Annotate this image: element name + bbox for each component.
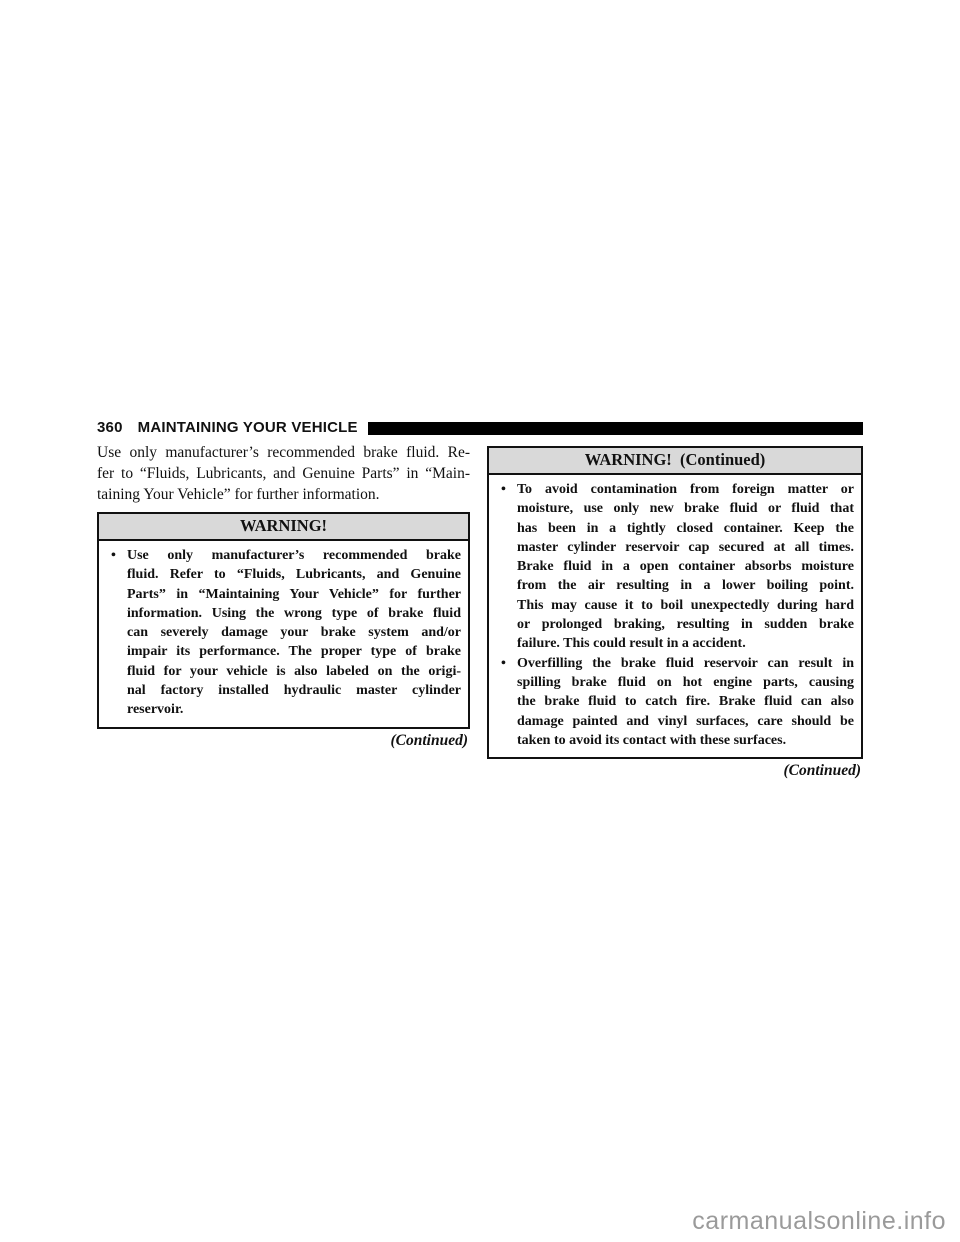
text-line: or prolonged braking, resulting in sudde… — [517, 615, 854, 634]
warning-title-right: WARNING! (Continued) — [489, 448, 861, 475]
manual-page: 360 MAINTAINING YOUR VEHICLE Use only ma… — [0, 0, 960, 1242]
warning-body-right: •To avoid contamination from foreign mat… — [489, 475, 861, 757]
text-line: Brake fluid in a open container absorbs … — [517, 557, 854, 576]
warning-title-left: WARNING! — [99, 514, 468, 541]
text-line: fluid for your vehicle is also labeled o… — [127, 662, 461, 681]
warning-body-left: •Use only manufacturer’s recommended bra… — [99, 541, 468, 727]
right-column: WARNING! (Continued) •To avoid contamina… — [487, 446, 863, 780]
text-line: has been in a tightly closed container. … — [517, 519, 854, 538]
text-line: impair its performance. The proper type … — [127, 642, 461, 661]
text-line: from the air resulting in a lower boilin… — [517, 576, 854, 595]
page-number: 360 — [97, 419, 123, 436]
text-line: the brake fluid to catch fire. Brake flu… — [517, 692, 854, 711]
text-line: nal factory installed hydraulic master c… — [127, 681, 461, 700]
watermark: carmanualsonline.info — [692, 1207, 946, 1236]
text-line: fer to “Fluids, Lubricants, and Genuine … — [97, 463, 470, 484]
left-column: Use only manufacturer’s recommended brak… — [97, 442, 470, 750]
warning-bullet-item: •Overfilling the brake fluid reservoir c… — [495, 654, 854, 750]
continued-label-right: (Continued) — [487, 762, 863, 780]
warning-bullet-item: •Use only manufacturer’s recommended bra… — [105, 546, 461, 720]
text-line: damage painted and vinyl surfaces, care … — [517, 712, 854, 731]
bullet-text: Use only manufacturer’s recommended brak… — [127, 546, 461, 720]
text-line: can severely damage your brake system an… — [127, 623, 461, 642]
bullet-icon: • — [111, 546, 116, 565]
bullet-icon: • — [501, 480, 506, 499]
text-line: failure. This could result in a accident… — [517, 634, 854, 653]
warning-box-left: WARNING! •Use only manufacturer’s recomm… — [97, 512, 470, 729]
bullet-text: Overfilling the brake fluid reservoir ca… — [517, 654, 854, 750]
text-line: Parts” in “Maintaining Your Vehicle” for… — [127, 585, 461, 604]
text-line: taining Your Vehicle” for further inform… — [97, 484, 470, 505]
header-bar — [368, 422, 863, 435]
continued-label-left: (Continued) — [97, 732, 470, 750]
text-line: Overfilling the brake fluid reservoir ca… — [517, 654, 854, 673]
page-header: 360 MAINTAINING YOUR VEHICLE — [97, 418, 863, 436]
text-line: spilling brake fluid on hot engine parts… — [517, 673, 854, 692]
text-line: Use only manufacturer’s recommended brak… — [97, 442, 470, 463]
text-line: moisture, use only new brake fluid or fl… — [517, 499, 854, 518]
text-line: master cylinder reservoir cap secured at… — [517, 538, 854, 557]
text-line: information. Using the wrong type of bra… — [127, 604, 461, 623]
text-line: reservoir. — [127, 700, 461, 719]
text-line: fluid. Refer to “Fluids, Lubricants, and… — [127, 565, 461, 584]
text-line: taken to avoid its contact with these su… — [517, 731, 854, 750]
text-line: This may cause it to boil unexpectedly d… — [517, 596, 854, 615]
text-line: To avoid contamination from foreign matt… — [517, 480, 854, 499]
document-content: 360 MAINTAINING YOUR VEHICLE Use only ma… — [97, 418, 863, 818]
bullet-text: To avoid contamination from foreign matt… — [517, 480, 854, 654]
section-title: MAINTAINING YOUR VEHICLE — [138, 419, 358, 436]
intro-paragraph: Use only manufacturer’s recommended brak… — [97, 442, 470, 505]
bullet-icon: • — [501, 654, 506, 673]
text-line: Use only manufacturer’s recommended brak… — [127, 546, 461, 565]
warning-box-right: WARNING! (Continued) •To avoid contamina… — [487, 446, 863, 759]
warning-bullet-item: •To avoid contamination from foreign mat… — [495, 480, 854, 654]
